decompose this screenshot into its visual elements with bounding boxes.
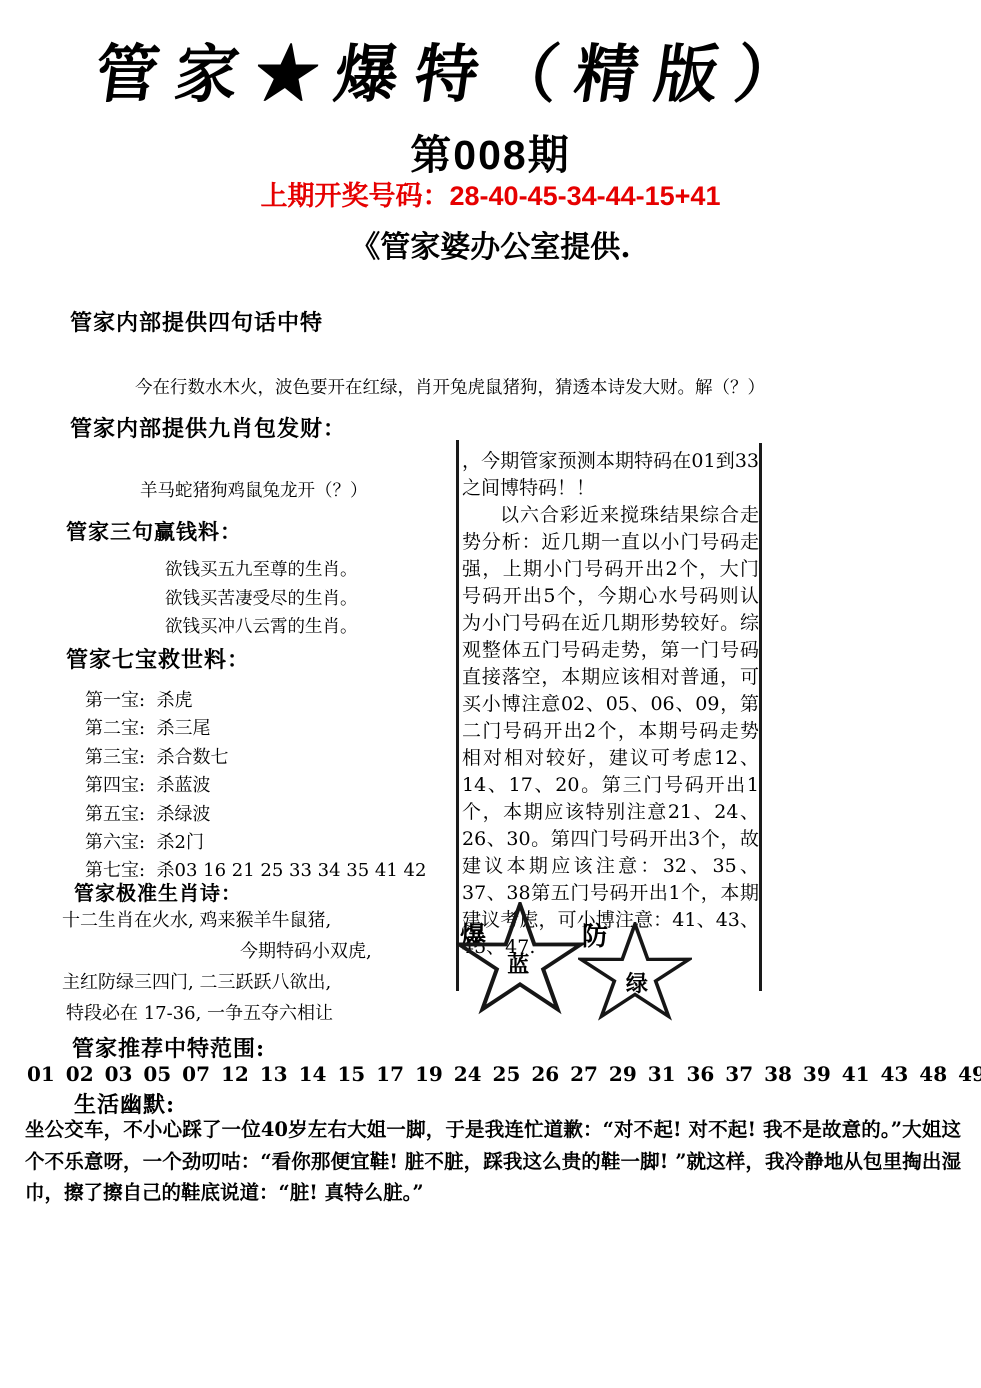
treasure-label: 第四宝: bbox=[85, 775, 145, 796]
treasure-label: 第五宝: bbox=[85, 804, 145, 825]
analysis-paragraph-2: 以六合彩近来搅珠结果综合走势分析：近几期一直以小门号码走强，上期小门号码开出2个… bbox=[462, 502, 759, 961]
money-line: 欲钱买五九至尊的生肖。 bbox=[165, 556, 358, 581]
treasure-value: 杀合数七 bbox=[157, 747, 229, 768]
section-heading-three-sentence: 管家三句赢钱料： bbox=[66, 516, 242, 546]
star-green-icon: 绿 bbox=[578, 922, 692, 1024]
issue-number: 第008期 bbox=[0, 122, 981, 181]
provider-line: 《管家婆办公室提供. bbox=[0, 222, 981, 266]
star-green-text: 绿 bbox=[626, 967, 648, 998]
section-heading-four-sentence: 管家内部提供四句话中特 bbox=[70, 306, 323, 337]
money-line: 欲钱买冲八云霄的生肖。 bbox=[165, 613, 358, 638]
treasure-value: 杀三尾 bbox=[157, 718, 211, 739]
treasure-value: 杀虎 bbox=[157, 690, 193, 711]
treasure-row: 第二宝: 杀三尾 bbox=[85, 714, 211, 740]
nine-zodiac-line: 羊马蛇猪狗鸡鼠兔龙开（？） bbox=[140, 477, 368, 502]
treasure-label: 第二宝: bbox=[85, 718, 145, 739]
treasure-value: 杀绿波 bbox=[157, 804, 211, 825]
zodiac-poem-line: 主红防绿三四门, 二三跃跃八欲出, bbox=[62, 968, 331, 994]
star-blue-icon: 蓝 bbox=[456, 902, 584, 1018]
treasure-value: 杀蓝波 bbox=[157, 775, 211, 796]
lottery-tip-sheet: 管家★爆特（精版） 第008期 上期开奖号码：28-40-45-34-44-15… bbox=[0, 0, 981, 1388]
star-blue-text: 蓝 bbox=[507, 948, 529, 979]
column-rule-right bbox=[759, 443, 762, 991]
treasure-label: 第六宝: bbox=[85, 832, 145, 853]
analysis-paragraph-1: ，今期管家预测本期特码在01到33之间博特码！！ bbox=[462, 448, 759, 502]
section-heading-nine-zodiac: 管家内部提供九肖包发财： bbox=[70, 412, 346, 443]
humor-text: 坐公交车，不小心踩了一位40岁左右大姐一脚，于是我连忙道歉：“对不起! 对不起!… bbox=[25, 1114, 961, 1209]
treasure-row: 第五宝: 杀绿波 bbox=[85, 800, 211, 826]
page-title: 管家★爆特（精版） bbox=[90, 24, 903, 115]
four-sentence-poem: 今在行数水木火，波色要开在红绿，肖开兔虎鼠猪狗，猜透本诗发大财。解（？） bbox=[135, 374, 765, 399]
section-heading-recommend: 管家推荐中特范围: bbox=[72, 1032, 265, 1063]
zodiac-poem-line: 今期特码小双虎, bbox=[240, 937, 372, 963]
last-draw-numbers: 上期开奖号码：28-40-45-34-44-15+41 bbox=[0, 174, 981, 213]
treasure-row: 第六宝: 杀2门 bbox=[85, 828, 204, 854]
zodiac-poem-line: 特段必在 17-36, 一争五夺六相让 bbox=[66, 999, 333, 1025]
treasure-row: 第三宝: 杀合数七 bbox=[85, 743, 229, 769]
zodiac-poem-line: 十二生肖在火水, 鸡来猴羊牛鼠猪, bbox=[62, 906, 331, 932]
treasure-label: 第三宝: bbox=[85, 747, 145, 768]
recommend-numbers: 01 02 03 05 07 12 13 14 15 17 19 24 25 2… bbox=[27, 1062, 957, 1086]
section-heading-zodiac-poem: 管家极准生肖诗： bbox=[74, 877, 242, 906]
treasure-row: 第一宝: 杀虎 bbox=[85, 686, 193, 712]
treasure-value: 杀2门 bbox=[157, 832, 204, 853]
treasure-label: 第一宝: bbox=[85, 690, 145, 711]
money-line: 欲钱买苦凄受尽的生肖。 bbox=[165, 585, 358, 610]
treasure-row: 第四宝: 杀蓝波 bbox=[85, 771, 211, 797]
analysis-text: ，今期管家预测本期特码在01到33之间博特码！！ 以六合彩近来搅珠结果综合走势分… bbox=[462, 448, 759, 961]
section-heading-seven-treasures: 管家七宝救世料： bbox=[66, 643, 250, 674]
